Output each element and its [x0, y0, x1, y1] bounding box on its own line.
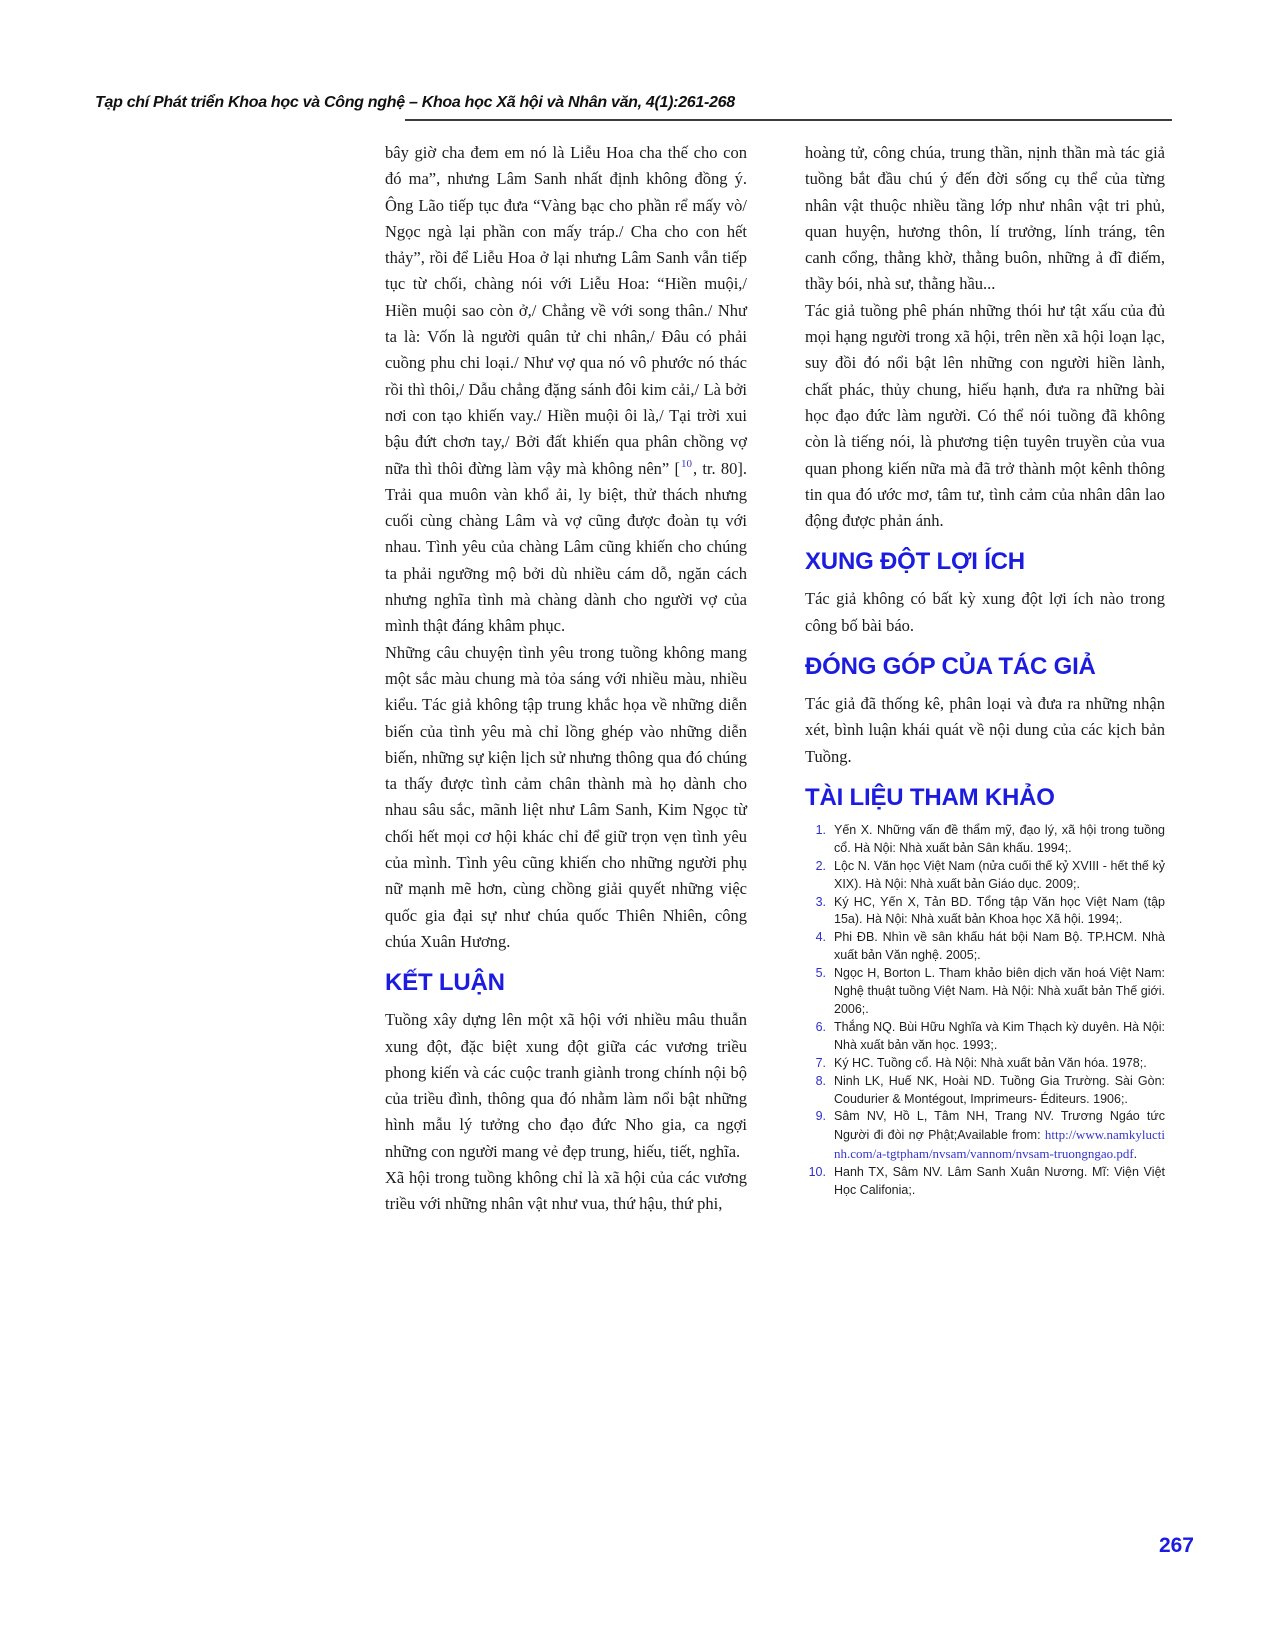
- reference-text: Ngọc H, Borton L. Tham khảo biên dịch vă…: [834, 966, 1165, 1016]
- reference-text: Phi ĐB. Nhìn về sân khấu hát bội Nam Bộ.…: [834, 930, 1165, 962]
- paragraph-text: bây giờ cha đem em nó là Liễu Hoa cha th…: [385, 143, 747, 478]
- references-heading: TÀI LIỆU THAM KHẢO: [805, 785, 1165, 811]
- reference-item: 9.Sâm NV, Hồ L, Tâm NH, Trang NV. Trương…: [805, 1108, 1165, 1164]
- reference-item: 6.Thắng NQ. Bùi Hữu Nghĩa và Kim Thạch k…: [805, 1019, 1165, 1055]
- body-paragraph: Tác giả tuồng phê phán những thói hư tật…: [805, 298, 1165, 535]
- body-paragraph: Tác giả không có bất kỳ xung đột lợi ích…: [805, 586, 1165, 639]
- reference-item: 4.Phi ĐB. Nhìn về sân khấu hát bội Nam B…: [805, 929, 1165, 965]
- reference-item: 1.Yến X. Những vấn đề thẩm mỹ, đạo lý, x…: [805, 822, 1165, 858]
- conflict-of-interest-heading: XUNG ĐỘT LỢI ÍCH: [805, 549, 1165, 575]
- reference-number: 7.: [805, 1055, 826, 1073]
- reference-number: 2.: [805, 858, 826, 876]
- reference-item: 3.Ký HC, Yến X, Tản BD. Tổng tập Văn học…: [805, 894, 1165, 930]
- reference-number: 10.: [805, 1164, 826, 1182]
- reference-text: Thắng NQ. Bùi Hữu Nghĩa và Kim Thạch kỳ …: [834, 1020, 1165, 1052]
- header-rule: [405, 119, 1172, 121]
- reference-number: 9.: [805, 1108, 826, 1126]
- left-column: bây giờ cha đem em nó là Liễu Hoa cha th…: [385, 140, 747, 1218]
- page-number: 267: [1159, 1534, 1194, 1558]
- reference-text: .: [1134, 1147, 1137, 1161]
- reference-text: Ninh LK, Huế NK, Hoài ND. Tuồng Gia Trườ…: [834, 1074, 1165, 1106]
- reference-item: 5.Ngọc H, Borton L. Tham khảo biên dịch …: [805, 965, 1165, 1019]
- reference-text: Hanh TX, Sâm NV. Lâm Sanh Xuân Nương. Mĩ…: [834, 1165, 1165, 1197]
- body-paragraph: Tác giả đã thống kê, phân loại và đưa ra…: [805, 691, 1165, 770]
- reference-number: 8.: [805, 1073, 826, 1091]
- reference-item: 8.Ninh LK, Huế NK, Hoài ND. Tuồng Gia Tr…: [805, 1073, 1165, 1109]
- reference-item: 10.Hanh TX, Sâm NV. Lâm Sanh Xuân Nương.…: [805, 1164, 1165, 1200]
- reference-item: 2.Lộc N. Văn học Việt Nam (nửa cuối thế …: [805, 858, 1165, 894]
- author-contribution-heading: ĐÓNG GÓP CỦA TÁC GIẢ: [805, 654, 1165, 680]
- reference-number: 6.: [805, 1019, 826, 1037]
- body-paragraph: hoàng tử, công chúa, trung thần, nịnh th…: [805, 140, 1165, 298]
- body-paragraph: Những câu chuyện tình yêu trong tuồng kh…: [385, 640, 747, 956]
- body-paragraph: Xã hội trong tuồng không chỉ là xã hội c…: [385, 1165, 747, 1218]
- reference-text: Yến X. Những vấn đề thẩm mỹ, đạo lý, xã …: [834, 823, 1165, 855]
- right-column: hoàng tử, công chúa, trung thần, nịnh th…: [805, 140, 1165, 1200]
- journal-header: Tạp chí Phát triển Khoa học và Công nghệ…: [95, 94, 735, 112]
- paragraph-text: , tr. 80]. Trải qua muôn vàn khổ ải, ly …: [385, 459, 747, 636]
- paper-page: Tạp chí Phát triển Khoa học và Công nghệ…: [0, 0, 1276, 1649]
- reference-number: 3.: [805, 894, 826, 912]
- reference-text: Lộc N. Văn học Việt Nam (nửa cuối thế kỷ…: [834, 859, 1165, 891]
- citation-superscript[interactable]: 10: [680, 458, 693, 470]
- reference-number: 1.: [805, 822, 826, 840]
- references-list: 1.Yến X. Những vấn đề thẩm mỹ, đạo lý, x…: [805, 822, 1165, 1200]
- reference-text: Ký HC. Tuồng cổ. Hà Nội: Nhà xuất bản Vă…: [834, 1056, 1147, 1070]
- conclusion-heading: KẾT LUẬN: [385, 970, 747, 996]
- reference-number: 4.: [805, 929, 826, 947]
- reference-text: Ký HC, Yến X, Tản BD. Tổng tập Văn học V…: [834, 895, 1165, 927]
- body-paragraph: bây giờ cha đem em nó là Liễu Hoa cha th…: [385, 140, 747, 640]
- reference-item: 7.Ký HC. Tuồng cổ. Hà Nội: Nhà xuất bản …: [805, 1055, 1165, 1073]
- reference-number: 5.: [805, 965, 826, 983]
- body-paragraph: Tuồng xây dựng lên một xã hội với nhiều …: [385, 1007, 747, 1165]
